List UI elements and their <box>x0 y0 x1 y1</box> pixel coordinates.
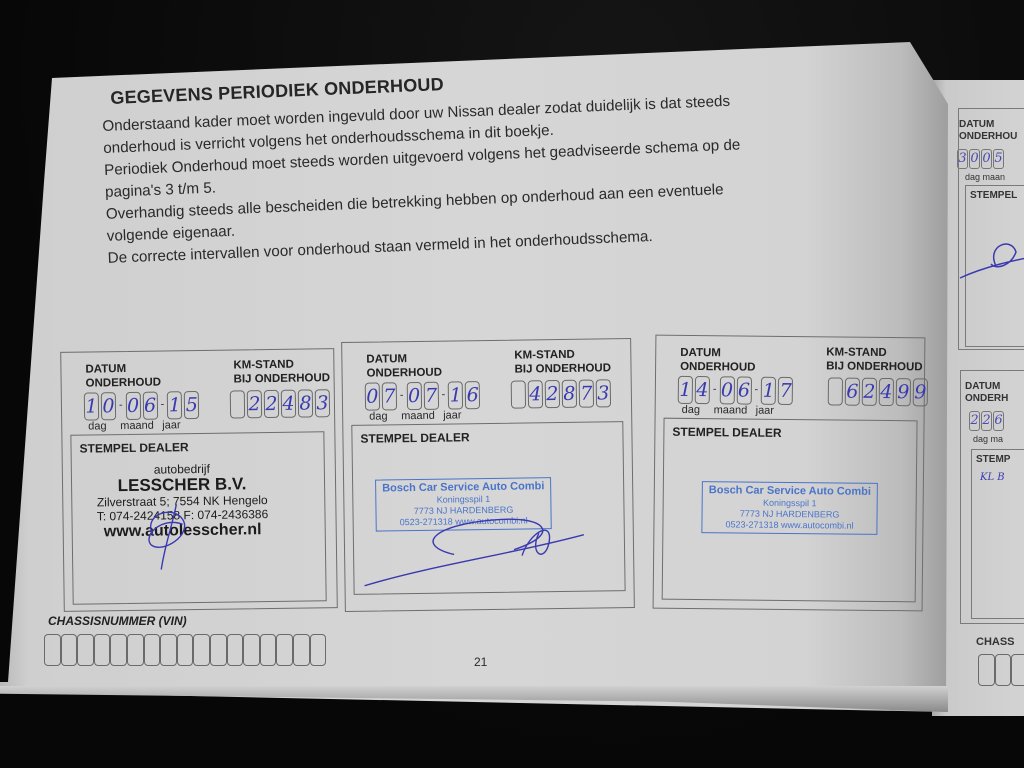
date-separator: - <box>713 376 717 404</box>
dealer-stamp: Bosch Car Service Auto CombiKoningsspil … <box>701 481 878 535</box>
digit-box <box>511 380 526 408</box>
vin-char-box <box>227 634 244 666</box>
onderhoud-label: ONDERHOU <box>959 131 1017 143</box>
digit-box: 6 <box>845 378 860 406</box>
vin-label: CHASS <box>976 636 1015 648</box>
vin-label: CHASSISNUMMER (VIN) <box>48 614 187 628</box>
digit-box: 2 <box>264 390 279 418</box>
stamp-dealer-label: STEMPEL DEALER <box>79 440 188 456</box>
vin-char-box <box>243 634 260 666</box>
date-boxes: 3005 <box>957 149 1004 169</box>
date-separator: - <box>754 377 758 405</box>
stamp-name: Bosch Car Service Auto Combi <box>709 484 871 499</box>
vin-char-box <box>260 634 277 666</box>
vin-char-box <box>44 634 61 666</box>
vin-char-box <box>995 654 1012 686</box>
digit-box: 0 <box>719 376 734 404</box>
datum-label: DATUM <box>680 346 721 360</box>
vin-input-boxes <box>978 654 1024 686</box>
dealer-stamp: Bosch Car Service Auto CombiKoningsspil … <box>375 477 552 531</box>
page-number: 21 <box>474 655 487 669</box>
digit-box: 3 <box>315 389 330 417</box>
date-separator: - <box>441 382 445 410</box>
datum-label: DATUM <box>366 352 407 367</box>
stamp-area: STEMPEL <box>965 185 1024 347</box>
digit-box: 1 <box>761 377 776 405</box>
digit-box: 6 <box>736 376 751 404</box>
digit-box: 0 <box>406 382 421 410</box>
stamp-area: STEMP KL B <box>971 449 1024 619</box>
digit-box: 2 <box>862 378 877 406</box>
onderhoud-label: ONDERHOUD <box>86 376 162 391</box>
digit-box: 0 <box>365 383 380 411</box>
stamp-area: STEMPEL DEALERBosch Car Service Auto Com… <box>351 421 625 595</box>
onderhoud-label: ONDERHOUD <box>366 366 442 381</box>
onderhoud-label: ONDERH <box>965 393 1008 405</box>
datum-label: DATUM <box>965 381 1000 393</box>
dealer-stamp: autobedrijfLESSCHER B.V.Zilverstraat 5; … <box>82 461 283 542</box>
digit-box: 1 <box>84 392 99 420</box>
km-boxes: 22483 <box>230 389 330 418</box>
digit-box: 7 <box>423 382 438 410</box>
vin-char-box <box>127 634 144 666</box>
digit-box: 1 <box>448 381 463 409</box>
vin-char-box <box>1011 654 1024 686</box>
bij-onderhoud-label: BIJ ONDERHOUD <box>826 359 923 374</box>
km-stand-label: KM-STAND <box>514 348 575 363</box>
digit-box: 0 <box>969 149 980 169</box>
handwritten-note: KL B <box>980 472 1005 484</box>
instructions-paragraph: Onderstaand kader moet worden ingevuld d… <box>102 85 878 270</box>
digit-box: 9 <box>896 378 911 406</box>
digit-box: 3 <box>957 149 968 169</box>
digit-box: 6 <box>142 392 157 420</box>
stamp-dealer-label: STEMPEL DEALER <box>672 425 781 440</box>
maintenance-entry-card: DATUMONDERHOUDKM-STANDBIJ ONDERHOUD10-06… <box>60 348 338 612</box>
digit-box: 2 <box>969 411 980 431</box>
vin-char-box <box>293 634 310 666</box>
booklet-spread: GEGEVENS PERIODIEK ONDERHOUD Onderstaand… <box>0 0 1024 768</box>
digit-box: 6 <box>993 411 1004 431</box>
right-page-entry-card: DATUM ONDERHOU 3005 dag maan STEMPEL <box>958 108 1024 350</box>
year-sublabel: jaar <box>443 409 462 421</box>
digit-box: 8 <box>298 389 313 417</box>
stamp-name: Bosch Car Service Auto Combi <box>382 480 544 495</box>
stamp-contact: 0523-271318 www.autocombi.nl <box>383 515 545 528</box>
vin-char-box <box>61 634 78 666</box>
vin-char-box <box>210 634 227 666</box>
digit-box: 0 <box>101 392 116 420</box>
digit-box: 2 <box>247 390 262 418</box>
onderhoud-label: ONDERHOUD <box>680 360 756 375</box>
digit-box: 1 <box>167 391 182 419</box>
vin-char-box <box>276 634 293 666</box>
date-sublabel: dag ma <box>973 433 1003 445</box>
datum-label: DATUM <box>959 119 994 131</box>
digit-box: 8 <box>562 380 577 408</box>
digit-box: 4 <box>695 376 710 404</box>
bij-onderhoud-label: BIJ ONDERHOUD <box>514 361 611 376</box>
vin-char-box <box>177 634 194 666</box>
stamp-dealer-label: STEMPEL DEALER <box>360 430 469 446</box>
right-page-entry-card: DATUM ONDERH 226 dag ma STEMP KL B <box>960 370 1024 624</box>
day-sublabel: dag <box>88 420 107 432</box>
stamp-area: STEMPEL DEALERBosch Car Service Auto Com… <box>662 418 918 603</box>
digit-box: 4 <box>281 390 296 418</box>
vin-char-box <box>77 634 94 666</box>
vin-input-boxes <box>44 634 326 666</box>
date-separator: - <box>160 391 164 419</box>
vin-char-box <box>160 634 177 666</box>
date-boxes: 14-06-17 <box>678 376 794 405</box>
stamp-label: STEMPEL <box>970 190 1017 202</box>
vin-char-box <box>978 654 995 686</box>
year-sublabel: jaar <box>756 405 774 417</box>
vin-char-box <box>110 634 127 666</box>
datum-label: DATUM <box>85 362 126 377</box>
stamp-area: STEMPEL DEALERautobedrijfLESSCHER B.V.Zi… <box>70 431 326 605</box>
km-stand-label: KM-STAND <box>826 345 887 360</box>
stamp-label: STEMP <box>976 454 1010 466</box>
vin-char-box <box>94 634 111 666</box>
digit-box: 2 <box>981 411 992 431</box>
digit-box: 4 <box>528 380 543 408</box>
date-boxes: 226 <box>969 411 1004 431</box>
digit-box <box>230 390 245 418</box>
vin-char-box <box>193 634 210 666</box>
stamp-website: www.autolesscher.nl <box>83 521 283 542</box>
date-boxes: 07-07-16 <box>365 381 481 411</box>
digit-box: 0 <box>981 149 992 169</box>
year-sublabel: jaar <box>162 419 181 431</box>
digit-box <box>828 377 843 405</box>
digit-box: 2 <box>545 380 560 408</box>
digit-box: 5 <box>993 149 1004 169</box>
digit-box: 3 <box>596 379 611 407</box>
day-sublabel: dag <box>682 404 700 416</box>
digit-box: 9 <box>913 378 928 406</box>
month-sublabel: maand <box>401 410 435 422</box>
stamp-contact: 0523-271318 www.autocombi.nl <box>708 519 870 532</box>
date-boxes: 10-06-15 <box>84 391 200 421</box>
day-sublabel: dag <box>369 410 388 422</box>
date-separator: - <box>400 382 404 410</box>
digit-box: 6 <box>465 381 480 409</box>
digit-box: 4 <box>879 378 894 406</box>
digit-box: 0 <box>125 392 140 420</box>
bij-onderhoud-label: BIJ ONDERHOUD <box>234 371 331 386</box>
maintenance-entry-card: DATUMONDERHOUDKM-STANDBIJ ONDERHOUD07-07… <box>341 338 635 612</box>
km-boxes: 42873 <box>511 379 611 408</box>
km-stand-label: KM-STAND <box>233 358 294 373</box>
date-separator: - <box>119 392 123 420</box>
month-sublabel: maand <box>120 420 154 432</box>
vin-char-box <box>310 634 327 666</box>
km-boxes: 62499 <box>828 377 928 406</box>
digit-box: 7 <box>382 382 397 410</box>
digit-box: 1 <box>678 376 693 404</box>
digit-box: 7 <box>778 377 793 405</box>
maintenance-entry-card: DATUMONDERHOUDKM-STANDBIJ ONDERHOUD14-06… <box>653 335 926 612</box>
month-sublabel: maand <box>714 404 748 416</box>
date-sublabel: dag maan <box>965 171 1005 183</box>
signature-icon <box>956 226 1024 286</box>
digit-box: 7 <box>579 380 594 408</box>
digit-box: 5 <box>184 391 199 419</box>
vin-char-box <box>144 634 161 666</box>
